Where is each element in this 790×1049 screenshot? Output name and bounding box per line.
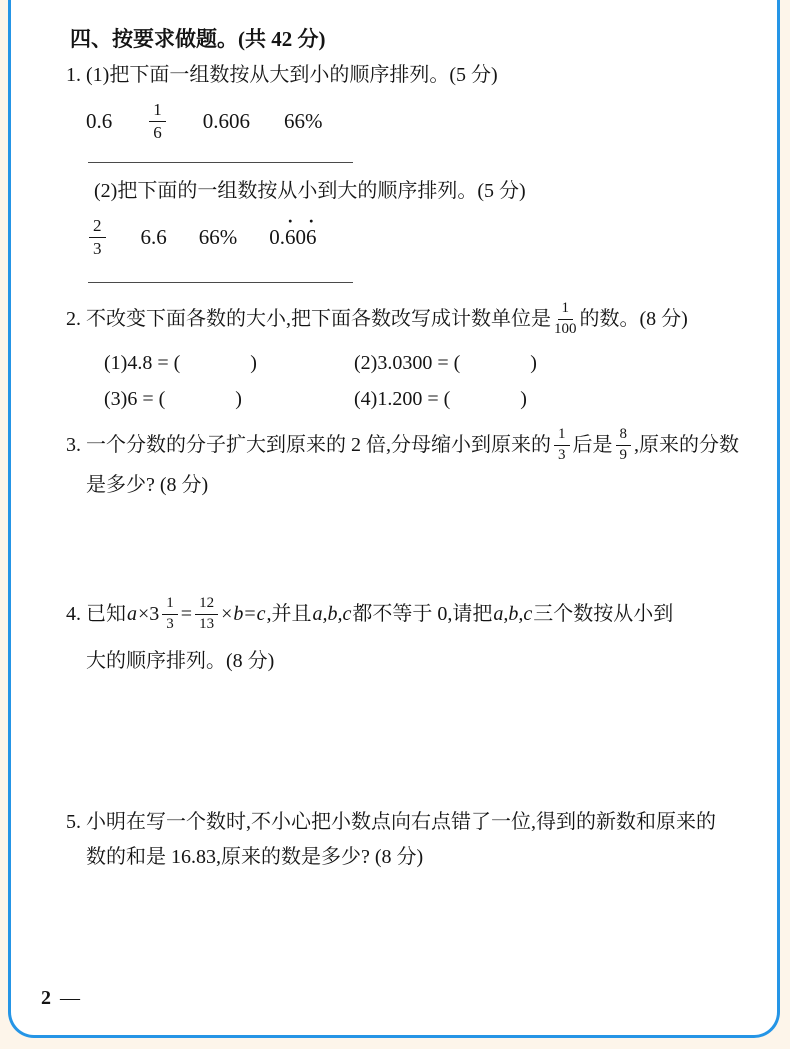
q4-text-5: 三个数按从小到 bbox=[533, 599, 673, 629]
q2-item-4: (4)1.200 = ( ) bbox=[354, 385, 753, 414]
q1p2-value-2: 6.6 bbox=[141, 225, 167, 250]
q1p2-value-3: 66% bbox=[199, 225, 238, 250]
page-number-value: 2 bbox=[41, 987, 51, 1010]
q4-variables-abc-1: a,b,c bbox=[312, 599, 353, 629]
repeating-digit: 6 bbox=[285, 225, 296, 250]
q4-fraction-one-third: 13 bbox=[162, 595, 178, 633]
q4-text-1: 4. 已知 bbox=[66, 599, 126, 629]
q1p2-repeating-decimal: 0.606 bbox=[269, 225, 316, 250]
q5-line-2: 数的和是 16.83,原来的数是多少? (8 分) bbox=[86, 843, 753, 871]
q2-intro-text-before: 2. 不改变下面各数的大小,把下面各数改写成计数单位是 bbox=[66, 304, 551, 334]
fraction-numerator: 1 bbox=[554, 426, 570, 445]
fraction-denominator: 3 bbox=[93, 238, 102, 259]
fraction-numerator: 1 bbox=[558, 300, 574, 319]
q1-part1-label: 1. (1)把下面一组数按从大到小的顺序排列。(5 分) bbox=[66, 61, 753, 89]
fraction-numerator: 8 bbox=[616, 426, 632, 445]
fraction-numerator: 1 bbox=[149, 100, 166, 122]
q1p1-value-3: 0.606 bbox=[203, 109, 250, 134]
decimal-middle-digit: 0 bbox=[296, 225, 307, 249]
q2-items-grid: (1)4.8 = ( ) (2)3.0300 = ( ) (3)6 = ( ) … bbox=[104, 349, 753, 414]
q4-variable-a: a bbox=[126, 599, 138, 629]
repeating-decimal-prefix: 0. bbox=[269, 225, 285, 249]
q4-equals-1: = bbox=[181, 599, 192, 629]
q1p2-fraction-two-thirds: 23 bbox=[89, 216, 106, 258]
fraction-denominator: 9 bbox=[620, 446, 628, 464]
fraction-numerator: 2 bbox=[89, 216, 106, 238]
q4-line-2: 大的顺序排列。(8 分) bbox=[86, 647, 753, 675]
q4-equals-2: = bbox=[244, 599, 255, 629]
q3-fraction-one-third: 13 bbox=[554, 426, 570, 464]
page-number: 2 — bbox=[41, 987, 80, 1010]
q2-intro: 2. 不改变下面各数的大小,把下面各数改写成计数单位是1100的数。(8 分) bbox=[66, 295, 753, 343]
q3-fraction-eight-ninths: 89 bbox=[616, 426, 632, 464]
page-number-dash: — bbox=[60, 987, 80, 1010]
repeating-digit: 6 bbox=[306, 225, 317, 250]
answer-blank-line-2 bbox=[88, 282, 353, 283]
q4-variables-abc-2: a,b,c bbox=[492, 599, 533, 629]
q2-intro-text-after: 的数。(8 分) bbox=[580, 304, 688, 334]
answer-blank-line-1 bbox=[88, 162, 353, 163]
q3-text-b: 后是 bbox=[573, 430, 613, 460]
fraction-denominator: 6 bbox=[153, 122, 162, 143]
q1p1-fraction-one-sixth: 16 bbox=[149, 100, 166, 142]
q3-line-2: 是多少? (8 分) bbox=[86, 471, 753, 499]
section-title: 四、按要求做题。(共 42 分) bbox=[70, 26, 753, 52]
fraction-denominator: 100 bbox=[554, 320, 577, 338]
fraction-denominator: 13 bbox=[199, 615, 214, 633]
q2-unit-fraction: 1100 bbox=[554, 300, 577, 338]
q4-variable-c: c bbox=[256, 599, 267, 629]
fraction-denominator: 3 bbox=[166, 615, 174, 633]
q4-text-3: ,并且 bbox=[267, 599, 312, 629]
worksheet-page: 四、按要求做题。(共 42 分) 1. (1)把下面一组数按从大到小的顺序排列。… bbox=[8, 0, 780, 1038]
q1-part2-label: (2)把下面的一组数按从小到大的顺序排列。(5 分) bbox=[94, 177, 753, 205]
q4-text-4: 都不等于 0,请把 bbox=[352, 599, 492, 629]
q2-item-3: (3)6 = ( ) bbox=[104, 385, 354, 414]
q1-part2-values: 23 6.6 66% 0.606 bbox=[86, 209, 753, 265]
q3-text-c: ,原来的分数 bbox=[634, 430, 739, 460]
q4-times: × bbox=[221, 599, 232, 629]
q1p1-value-4: 66% bbox=[284, 109, 323, 134]
q4-text-2: ×3 bbox=[138, 599, 159, 629]
fraction-numerator: 1 bbox=[162, 595, 178, 614]
screenshot-viewport: 四、按要求做题。(共 42 分) 1. (1)把下面一组数按从大到小的顺序排列。… bbox=[0, 0, 790, 1049]
fraction-denominator: 3 bbox=[558, 446, 566, 464]
q3-line-1: 3. 一个分数的分子扩大到原来的 2 倍,分母缩小到原来的13后是89,原来的分… bbox=[66, 421, 753, 469]
q3-text-a: 3. 一个分数的分子扩大到原来的 2 倍,分母缩小到原来的 bbox=[66, 430, 551, 460]
q2-item-1: (1)4.8 = ( ) bbox=[104, 349, 354, 378]
q5-line-1: 5. 小明在写一个数时,不小心把小数点向右点错了一位,得到的新数和原来的 bbox=[66, 808, 753, 836]
q1-part1-values: 0.6 16 0.606 66% bbox=[86, 95, 753, 147]
q4-line-1: 4. 已知 a ×313 = 1213 × b = c,并且 a,b,c 都不等… bbox=[66, 588, 753, 640]
worksheet-content: 四、按要求做题。(共 42 分) 1. (1)把下面一组数按从大到小的顺序排列。… bbox=[11, 0, 777, 871]
fraction-numerator: 12 bbox=[195, 595, 218, 614]
q4-variable-b: b bbox=[232, 599, 244, 629]
q1p1-value-1: 0.6 bbox=[86, 109, 112, 134]
q2-item-2: (2)3.0300 = ( ) bbox=[354, 349, 753, 378]
q4-fraction-twelve-thirteenths: 1213 bbox=[195, 595, 218, 633]
